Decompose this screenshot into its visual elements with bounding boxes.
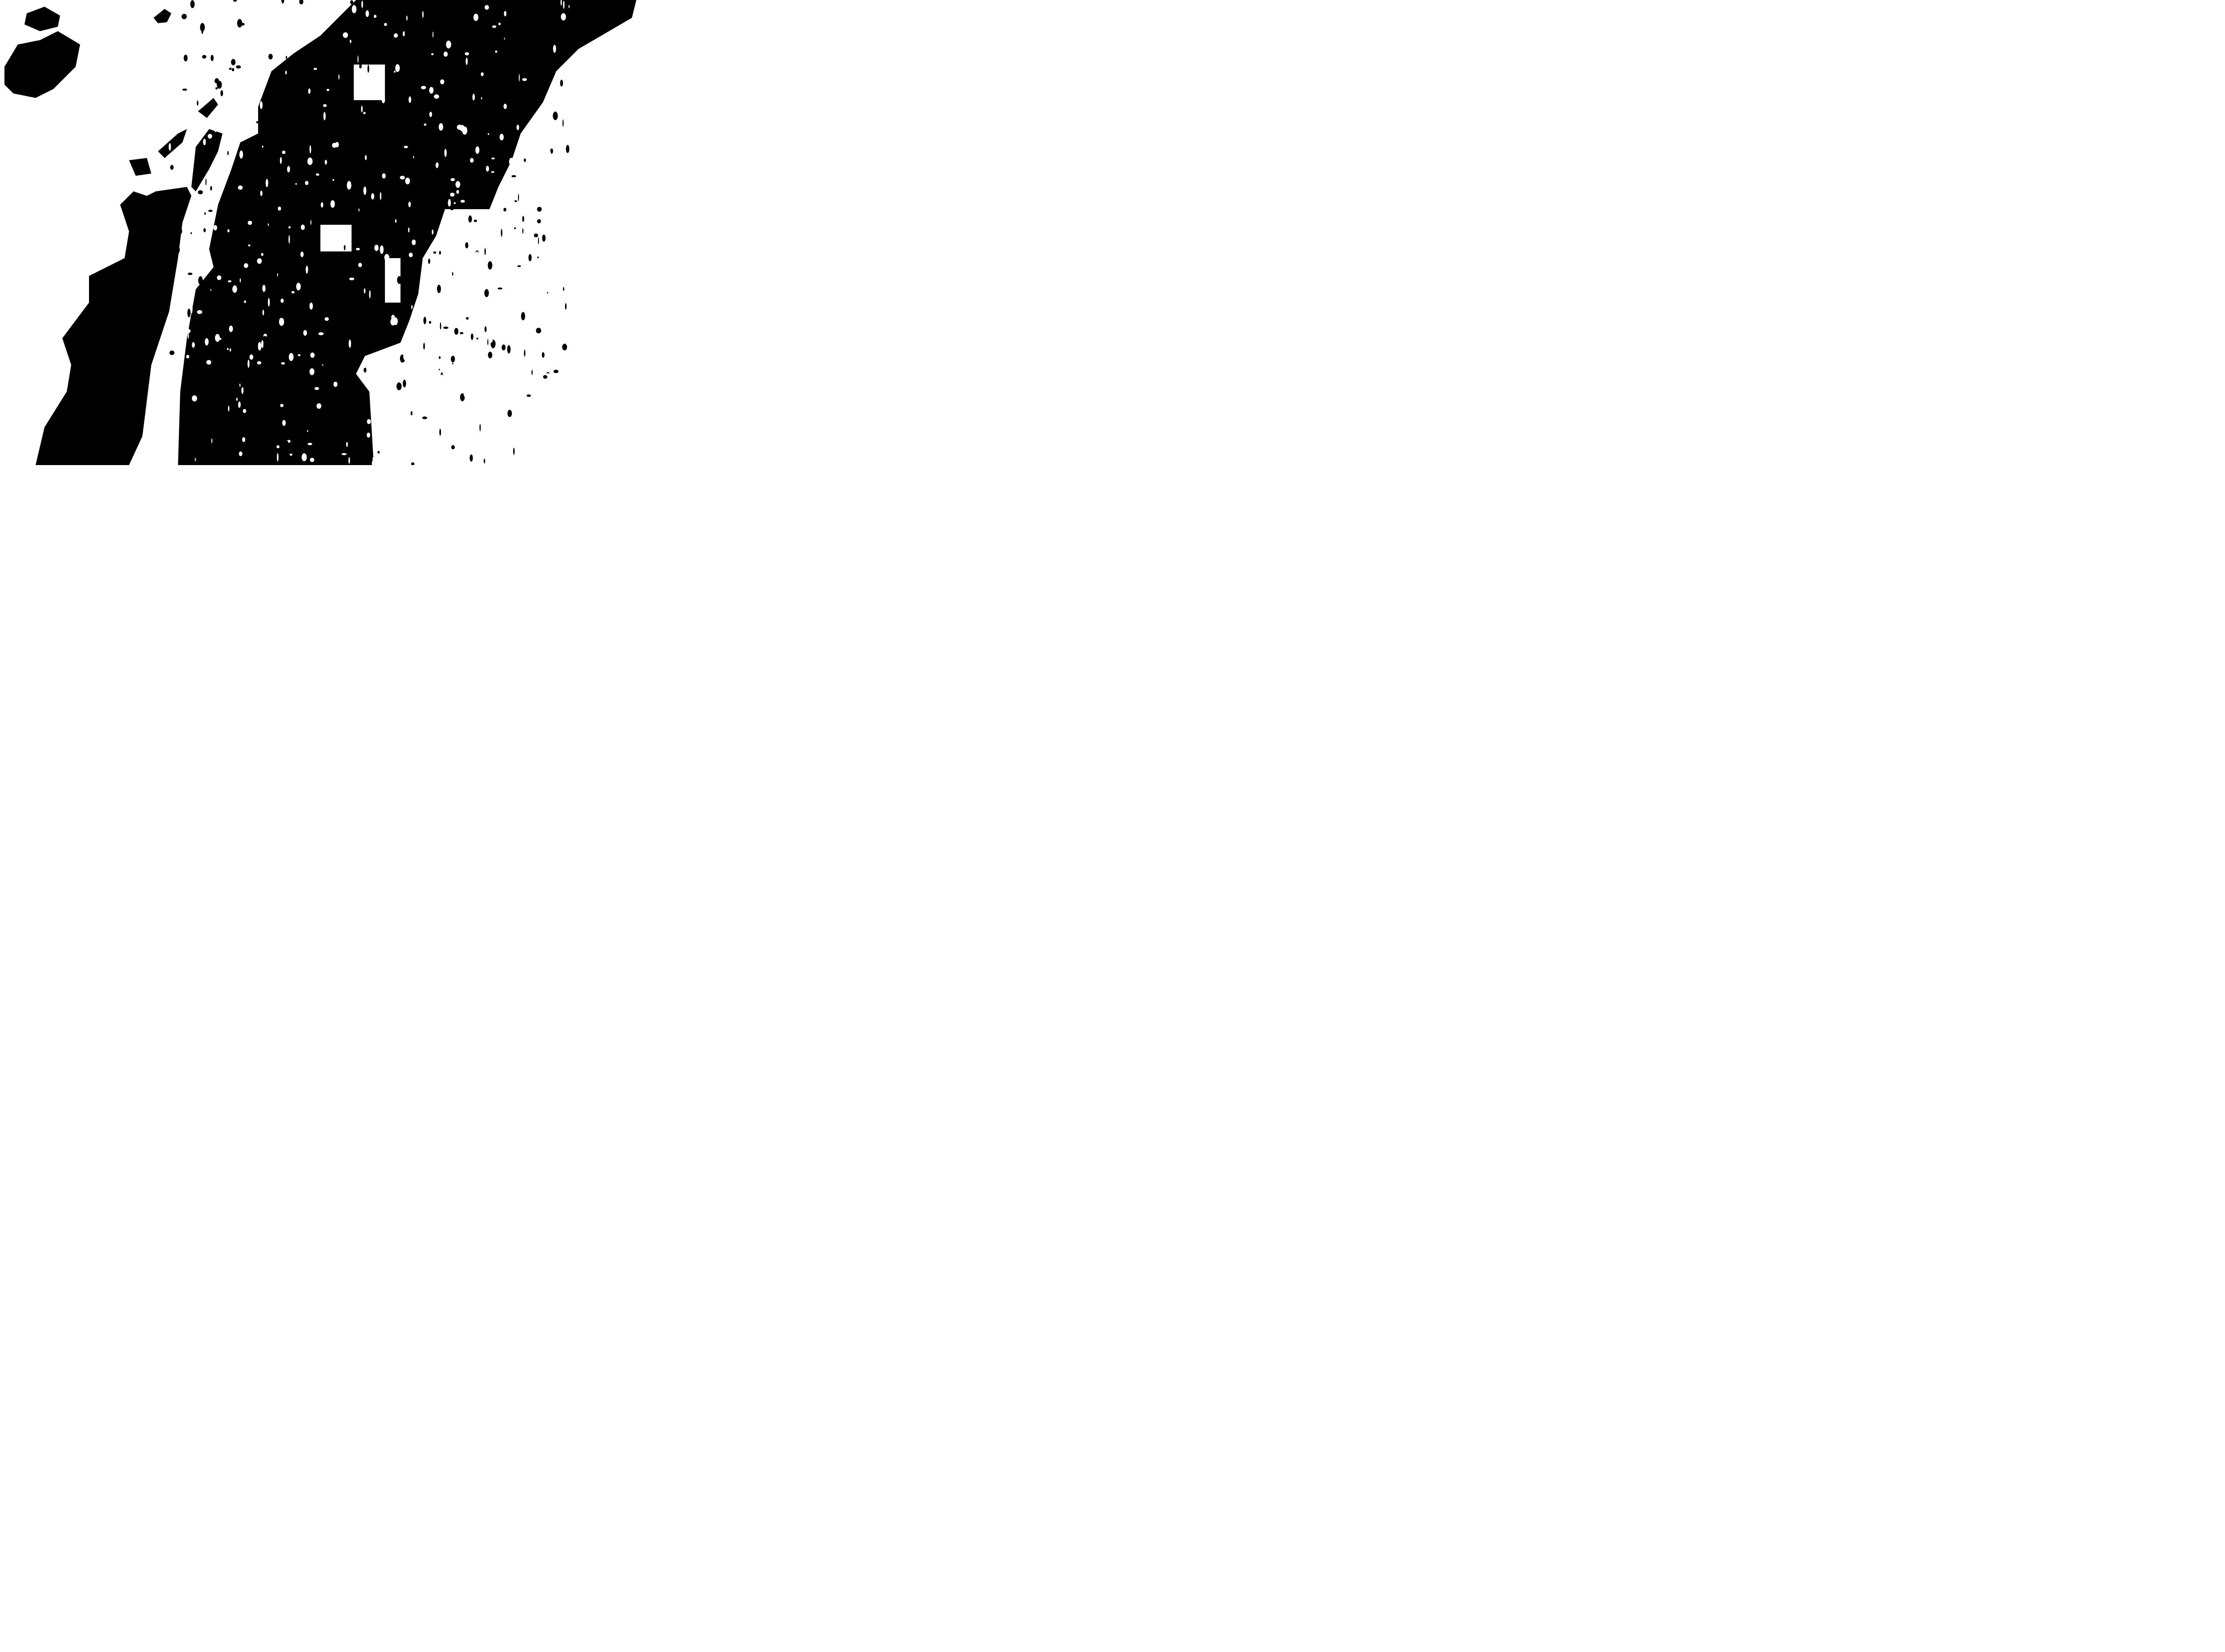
white-tile-artifact — [354, 65, 385, 100]
binarized-image — [0, 0, 698, 465]
white-tile-artifact — [320, 225, 352, 251]
texture-canvas — [0, 0, 698, 465]
